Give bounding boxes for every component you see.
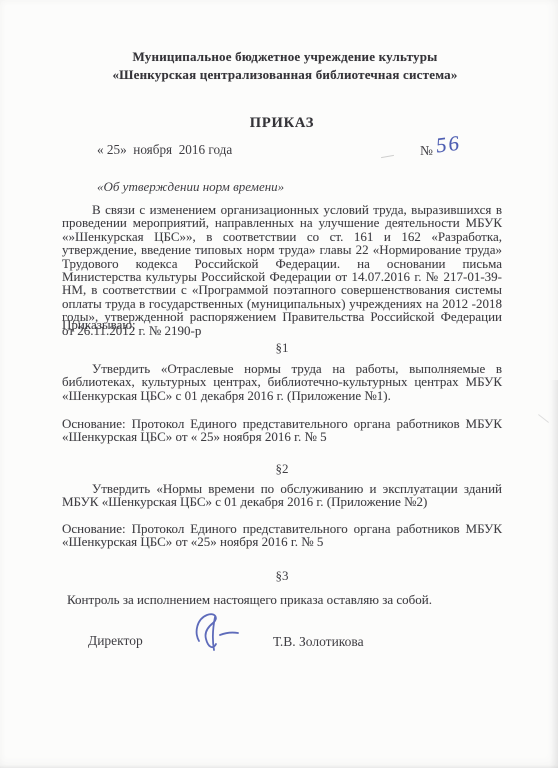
date-line: « 25» ноября 2016 года (62, 142, 537, 158)
section-3-body: Контроль за исполнением настоящего прика… (62, 593, 502, 606)
section-1-body: Утвердить «Отраслевые нормы труда на раб… (62, 362, 502, 402)
subject-line: «Об утверждении норм времени» (62, 179, 537, 195)
number-label: № (420, 143, 433, 159)
section-1-mark: §1 (62, 340, 502, 356)
scan-speck (538, 414, 549, 423)
number-value-handwritten: 56 (435, 131, 463, 159)
signature-ink (186, 608, 244, 663)
section-2-basis: Основание: Протокол Единого представител… (62, 522, 502, 549)
org-name-line1: Муниципальное бюджетное учреждение культ… (62, 48, 508, 65)
org-name-line2: «Шенкурская централизованная библиотечна… (62, 66, 508, 83)
scanned-order-page: Муниципальное бюджетное учреждение культ… (0, 0, 558, 768)
signer-name: Т.В. Золотикова (273, 634, 364, 650)
director-label: Директор (88, 633, 143, 649)
section-2-mark: §2 (62, 461, 502, 477)
doc-title: ПРИКАЗ (62, 115, 502, 132)
section-3-mark: §3 (62, 568, 502, 584)
signature-ink-strokes (186, 608, 244, 658)
section-1-basis: Основание: Протокол Единого представител… (62, 417, 502, 444)
scan-edge-shadow-right (550, 380, 558, 768)
order-word: Приказываю: (62, 318, 502, 331)
section-2-body: Утвердить «Нормы времени по обслуживанию… (62, 482, 502, 509)
